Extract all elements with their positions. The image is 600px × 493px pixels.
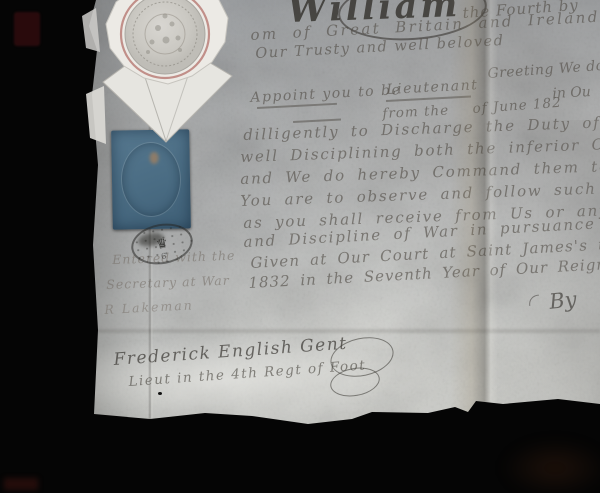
bottom-right-shadow-object (500, 438, 600, 493)
stamp-numeral: 6 (160, 252, 167, 262)
torn-paper-flap (86, 86, 106, 144)
torn-paper-bit (82, 8, 100, 52)
by-word: By (548, 287, 578, 314)
photograph-of-commission-document: William the Fourth by om of Great Britai… (0, 0, 600, 493)
background-red-object (14, 12, 40, 46)
paper-wafer-seal (80, 0, 244, 154)
bottom-left-red-smear (4, 478, 38, 490)
